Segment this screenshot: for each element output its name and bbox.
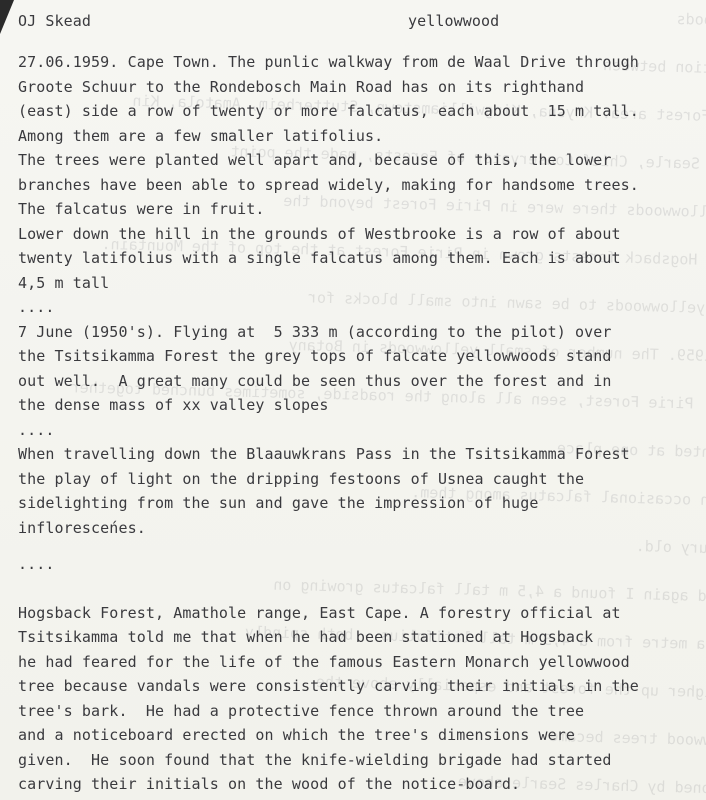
text-line: carving their initials on the wood of th…	[18, 772, 706, 797]
text-line: Hogsback Forest, Amathole range, East Ca…	[18, 601, 706, 626]
text-line: 7 June (1950's). Flying at 5 333 m (acco…	[18, 320, 706, 345]
text-line: and a noticeboard erected on which the t…	[18, 723, 706, 748]
paragraph: 7 June (1950's). Flying at 5 333 m (acco…	[18, 320, 706, 418]
text-line: out well. A great many could be seen thu…	[18, 369, 706, 394]
text-line: When travelling down the Blaauwkrans Pas…	[18, 442, 706, 467]
text-line: The falcatus were in fruit.	[18, 197, 706, 222]
text-line: branches have been able to spread widely…	[18, 173, 706, 198]
text-line: (east) side a row of twenty or more falc…	[18, 99, 706, 124]
text-line: the Tsitsikamma Forest the grey tops of …	[18, 344, 706, 369]
text-line: twenty latifolius with a single falcatus…	[18, 246, 706, 271]
document-body: 27.06.1959. Cape Town. The punlic walkwa…	[18, 50, 706, 797]
section-separator: ....	[18, 295, 706, 320]
text-line: Tsitsikamma told me that when he had bee…	[18, 625, 706, 650]
text-line: tree's bark. He had a protective fence t…	[18, 699, 706, 724]
paragraph: Hogsback Forest, Amathole range, East Ca…	[18, 601, 706, 797]
author-name: OJ Skead	[18, 12, 91, 30]
text-line: 27.06.1959. Cape Town. The punlic walkwa…	[18, 50, 706, 75]
text-line: ....	[18, 552, 706, 577]
text-line: Among them are a few smaller latifolius.	[18, 124, 706, 149]
page-corner-shadow	[0, 0, 14, 34]
typewritten-document: OJ Skead yellowwood 27.06.1959. Cape Tow…	[18, 12, 706, 797]
text-line: he had feared for the life of the famous…	[18, 650, 706, 675]
section-separator: ....	[18, 552, 706, 577]
text-line: the play of light on the dripping festoo…	[18, 467, 706, 492]
paragraph: 27.06.1959. Cape Town. The punlic walkwa…	[18, 50, 706, 295]
text-line: The trees were planted well apart and, b…	[18, 148, 706, 173]
document-page: Yellowwoods distinction between in the F…	[0, 0, 706, 800]
text-line: ....	[18, 295, 706, 320]
text-line: Lower down the hill in the grounds of We…	[18, 222, 706, 247]
text-line: 4,5 m tall	[18, 271, 706, 296]
text-line: sidelighting from the sun and gave the i…	[18, 491, 706, 516]
document-header: OJ Skead yellowwood	[18, 12, 706, 38]
text-line: infloresceńes.	[18, 516, 706, 541]
document-title: yellowwood	[408, 12, 499, 30]
text-line: the dense mass of xx valley slopes	[18, 393, 706, 418]
text-line: ....	[18, 418, 706, 443]
text-line: Groote Schuur to the Rondebosch Main Roa…	[18, 75, 706, 100]
section-separator: ....	[18, 418, 706, 443]
text-line: given. He soon found that the knife-wiel…	[18, 748, 706, 773]
paragraph: When travelling down the Blaauwkrans Pas…	[18, 442, 706, 540]
text-line: tree because vandals were consistently c…	[18, 674, 706, 699]
